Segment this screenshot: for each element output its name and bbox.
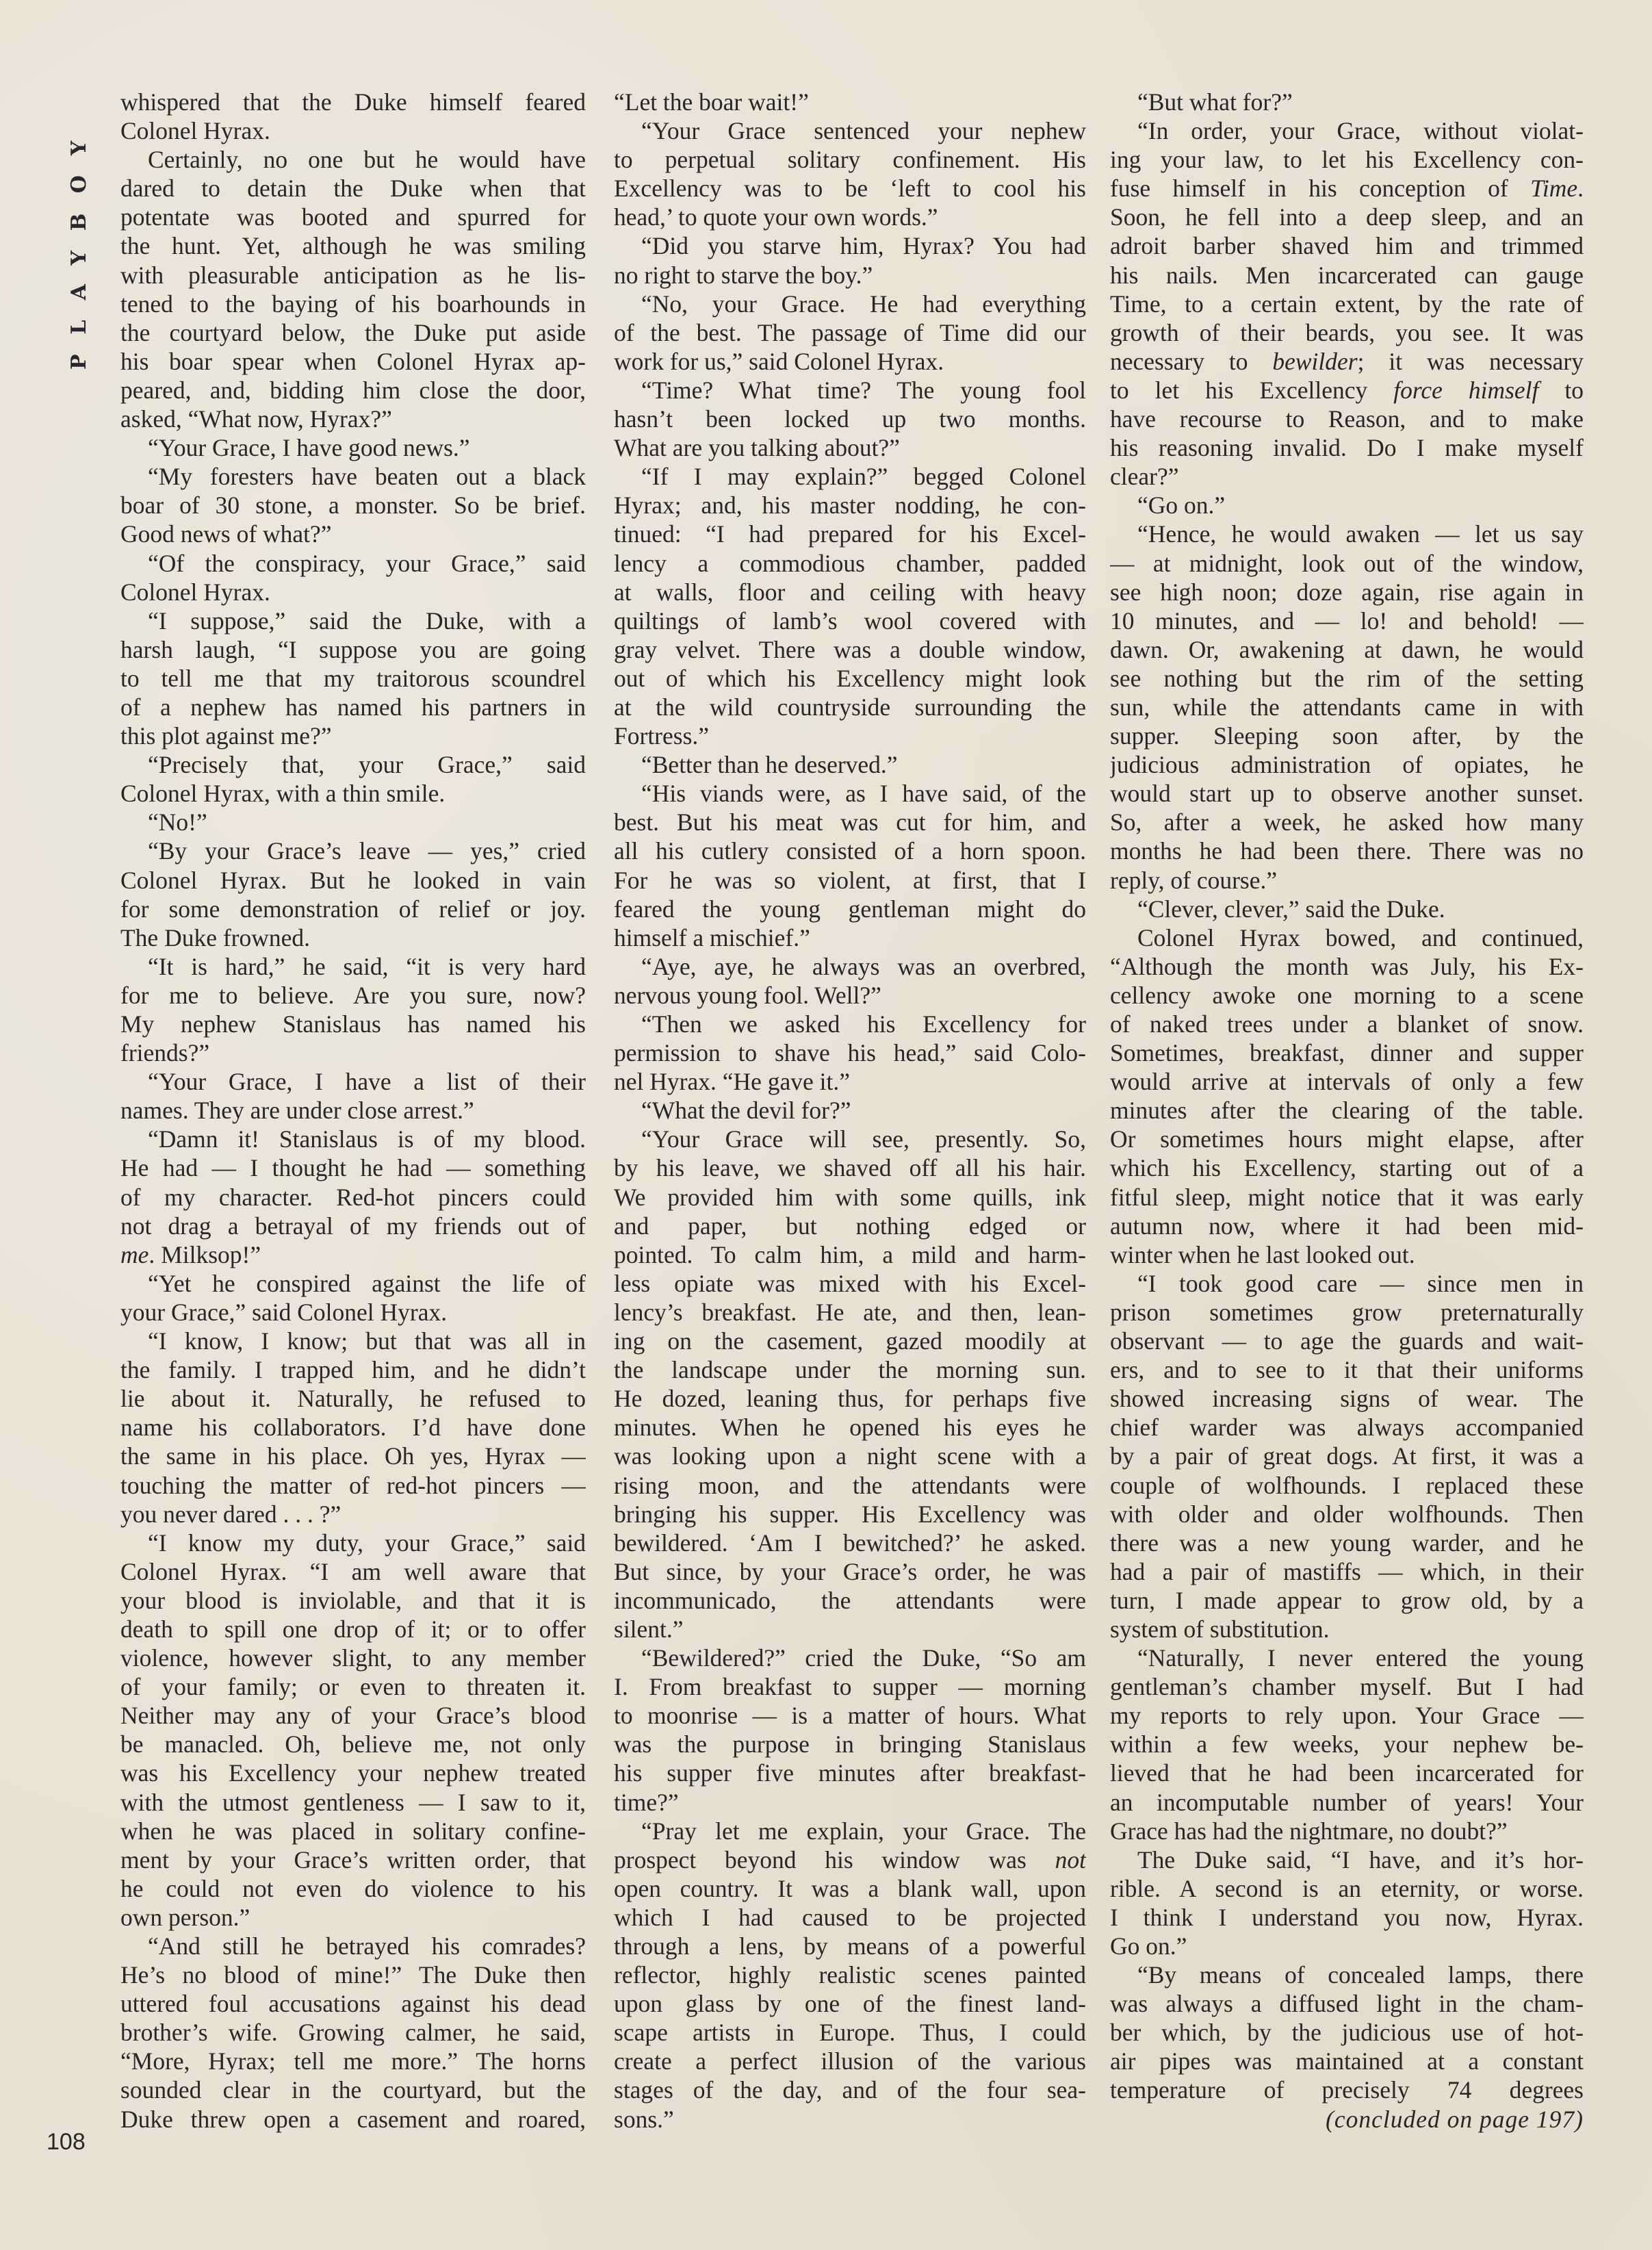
text-line: My nephew Stanislaus has named his <box>120 1010 586 1038</box>
text-line: “I took good care — since men in <box>1110 1269 1584 1298</box>
text-line: Soon, he fell into a deep sleep, and an <box>1110 203 1584 231</box>
text-line: for me to believe. Are you sure, now? <box>120 981 586 1010</box>
text-line: work for us,” said Colonel Hyrax. <box>614 347 1086 376</box>
text-line: minutes. When he opened his eyes he <box>614 1413 1086 1442</box>
text-line: your Grace,” said Colonel Hyrax. <box>120 1298 586 1327</box>
text-line: out of which his Excellency might look <box>614 664 1086 693</box>
text-line: temperature of precisely 74 degrees <box>1110 2075 1584 2104</box>
text-line: “Aye, aye, he always was an overbred, <box>614 952 1086 981</box>
text-line: the hunt. Yet, although he was smiling <box>120 231 586 260</box>
text-line: autumn now, where it had been mid- <box>1110 1212 1584 1240</box>
text-line: Certainly, no one but he would have <box>120 145 586 174</box>
text-line: reflector, highly realistic scenes paint… <box>614 1960 1086 1989</box>
text-line: nervous young fool. Well?” <box>614 981 1086 1010</box>
text-line: ment by your Grace’s written order, that <box>120 1845 586 1874</box>
text-line: of my character. Red-hot pincers could <box>120 1183 586 1212</box>
text-line: not drag a betrayal of my friends out of <box>120 1212 586 1240</box>
text-line: his reasoning invalid. Do I make myself <box>1110 433 1584 462</box>
text-line: observant — to age the guards and wait- <box>1110 1327 1584 1355</box>
text-line: less opiate was mixed with his Excel- <box>614 1269 1086 1298</box>
text-line: open country. It was a blank wall, upon <box>614 1874 1086 1903</box>
text-line: ing your law, to let his Excellency con- <box>1110 145 1584 174</box>
text-line: rising moon, and the attendants were <box>614 1471 1086 1500</box>
text-line: for some demonstration of relief or joy. <box>120 895 586 923</box>
text-line: Grace has had the nightmare, no doubt?” <box>1110 1817 1584 1845</box>
text-line: Good news of what?” <box>120 520 586 548</box>
text-line: best. But his meat was cut for him, and <box>614 808 1086 836</box>
text-line: “Naturally, I never entered the young <box>1110 1644 1584 1672</box>
text-line: I think I understand you now, Hyrax. <box>1110 1903 1584 1932</box>
text-line: He had — I thought he had — something <box>120 1153 586 1182</box>
text-line: stages of the day, and of the four sea- <box>614 2075 1086 2104</box>
text-line: showed increasing signs of wear. The <box>1110 1384 1584 1413</box>
playboy-masthead-vertical: PLAYBOY <box>42 96 70 370</box>
text-line: your blood is inviolable, and that it is <box>120 1586 586 1615</box>
text-line: his nails. Men incarcerated can gauge <box>1110 261 1584 290</box>
text-line: feared the young gentleman might do <box>614 895 1086 923</box>
text-line: “His viands were, as I have said, of the <box>614 779 1086 808</box>
text-line: of a nephew has named his partners in <box>120 693 586 721</box>
text-line: “Your Grace will see, presently. So, <box>614 1125 1086 1153</box>
text-line: the courtyard below, the Duke put aside <box>120 318 586 347</box>
article-column-3: “But what for?”“In order, your Grace, wi… <box>1110 88 1584 2134</box>
text-line: gray velvet. There was a double window, <box>614 635 1086 664</box>
text-line: had a pair of mastiffs — which, in their <box>1110 1557 1584 1586</box>
text-line: harsh laugh, “I suppose you are going <box>120 635 586 664</box>
text-line: quiltings of lamb’s wool covered with <box>614 606 1086 635</box>
text-line: peared, and, bidding him close the door, <box>120 376 586 405</box>
text-line: lency a commodious chamber, padded <box>614 549 1086 578</box>
text-line: We provided him with some quills, ink <box>614 1183 1086 1212</box>
text-line: prospect beyond his window was not <box>614 1845 1086 1874</box>
text-line: which I had caused to be projected <box>614 1903 1086 1932</box>
text-line: was his Excellency your nephew treated <box>120 1759 586 1787</box>
text-line: with pleasurable anticipation as he lis- <box>120 261 586 290</box>
article-column-1: whispered that the Duke himself fearedCo… <box>120 88 586 2134</box>
text-line: himself a mischief.” <box>614 923 1086 952</box>
text-line: no right to starve the boy.” <box>614 261 1086 290</box>
text-line: lieved that he had been incarcerated for <box>1110 1759 1584 1787</box>
text-line: air pipes was maintained at a constant <box>1110 2047 1584 2075</box>
text-line: me. Milksop!” <box>120 1240 586 1269</box>
text-line: winter when he last looked out. <box>1110 1240 1584 1269</box>
text-line: scape artists in Europe. Thus, I could <box>614 2018 1086 2047</box>
text-line: by his leave, we shaved off all his hair… <box>614 1153 1086 1182</box>
text-line: “Did you starve him, Hyrax? You had <box>614 231 1086 260</box>
text-line: “Then we asked his Excellency for <box>614 1010 1086 1038</box>
text-line: necessary to bewilder; it was necessary <box>1110 347 1584 376</box>
text-line: For he was so violent, at first, that I <box>614 866 1086 895</box>
text-line: “Bewildered?” cried the Duke, “So am <box>614 1644 1086 1672</box>
text-line: with the utmost gentleness — I saw to it… <box>120 1788 586 1817</box>
text-line: Time, to a certain extent, by the rate o… <box>1110 290 1584 318</box>
text-line: was always a diffused light in the cham- <box>1110 1989 1584 2018</box>
text-line: 10 minutes, and — lo! and behold! — <box>1110 606 1584 635</box>
text-line: whispered that the Duke himself feared <box>120 88 586 116</box>
text-line: adroit barber shaved him and trimmed <box>1110 231 1584 260</box>
text-line: his supper five minutes after breakfast- <box>614 1759 1086 1787</box>
text-line: ers, and to see to it that their uniform… <box>1110 1355 1584 1384</box>
text-line: “By means of concealed lamps, there <box>1110 1960 1584 1989</box>
text-line: “It is hard,” he said, “it is very hard <box>120 952 586 981</box>
text-line: his boar spear when Colonel Hyrax ap- <box>120 347 586 376</box>
text-line: have recourse to Reason, and to make <box>1110 405 1584 433</box>
text-line: of the best. The passage of Time did our <box>614 318 1086 347</box>
text-line: Neither may any of your Grace’s blood <box>120 1701 586 1730</box>
text-line: hasn’t been locked up two months. <box>614 405 1086 433</box>
text-line: all his cutlery consisted of a horn spoo… <box>614 836 1086 865</box>
text-line: Duke threw open a casement and roared, <box>120 2105 586 2134</box>
text-line: Colonel Hyrax bowed, and continued, <box>1110 923 1584 952</box>
text-line: “But what for?” <box>1110 88 1584 116</box>
text-line: Colonel Hyrax, with a thin smile. <box>120 779 586 808</box>
text-line: “Your Grace, I have a list of their <box>120 1067 586 1096</box>
text-line: supper. Sleeping soon after, by the <box>1110 721 1584 750</box>
text-line: an incomputable number of years! Your <box>1110 1788 1584 1817</box>
text-line: see nothing but the rim of the setting <box>1110 664 1584 693</box>
text-line: at the wild countryside surrounding the <box>614 693 1086 721</box>
text-line: with older and older wolfhounds. Then <box>1110 1500 1584 1529</box>
text-line: to let his Excellency force himself to <box>1110 376 1584 405</box>
text-line: which his Excellency, starting out of a <box>1110 1153 1584 1182</box>
text-line: rible. A second is an eternity, or worse… <box>1110 1874 1584 1903</box>
text-line: sounded clear in the courtyard, but the <box>120 2075 586 2104</box>
text-line: brother’s wife. Growing calmer, he said, <box>120 2018 586 2047</box>
text-line: “And still he betrayed his comrades? <box>120 1932 586 1960</box>
text-line: “I suppose,” said the Duke, with a <box>120 606 586 635</box>
text-line: “Go on.” <box>1110 491 1584 520</box>
text-line: system of substitution. <box>1110 1615 1584 1644</box>
text-line: lie about it. Naturally, he refused to <box>120 1384 586 1413</box>
text-line: “Of the conspiracy, your Grace,” said <box>120 549 586 578</box>
text-line: name his collaborators. I’d have done <box>120 1413 586 1442</box>
text-line: own person.” <box>120 1903 586 1932</box>
text-line: this plot against me?” <box>120 721 586 750</box>
text-line: would start up to observe another sunset… <box>1110 779 1584 808</box>
text-line: The Duke frowned. <box>120 923 586 952</box>
text-line: “Hence, he would awaken — let us say <box>1110 520 1584 548</box>
text-line: time?” <box>614 1788 1086 1817</box>
text-line: tened to the baying of his boarhounds in <box>120 290 586 318</box>
text-line: “Damn it! Stanislaus is of my blood. <box>120 1125 586 1153</box>
text-line: But since, by your Grace’s order, he was <box>614 1557 1086 1586</box>
text-line: growth of their beards, you see. It was <box>1110 318 1584 347</box>
text-line: see high noon; doze again, rise again in <box>1110 578 1584 606</box>
text-line: “Your Grace sentenced your nephew <box>614 116 1086 145</box>
text-line: of your family; or even to threaten it. <box>120 1672 586 1701</box>
text-line: create a perfect illusion of the various <box>614 2047 1086 2075</box>
text-line: “No, your Grace. He had everything <box>614 290 1086 318</box>
text-line: “In order, your Grace, without violat- <box>1110 116 1584 145</box>
text-line: was the purpose in bringing Stanislaus <box>614 1730 1086 1759</box>
text-line: you never dared . . . ?” <box>120 1500 586 1529</box>
text-line: within a few weeks, your nephew be- <box>1110 1730 1584 1759</box>
text-line: “Time? What time? The young fool <box>614 376 1086 405</box>
text-line: I. From breakfast to supper — morning <box>614 1672 1086 1701</box>
text-line: “I know my duty, your Grace,” said <box>120 1529 586 1557</box>
text-line: “If I may explain?” begged Colonel <box>614 462 1086 491</box>
text-line: tinued: “I had prepared for his Excel- <box>614 520 1086 548</box>
text-line: of naked trees under a blanket of snow. <box>1110 1010 1584 1038</box>
text-line: my reports to rely upon. Your Grace — <box>1110 1701 1584 1730</box>
text-line: through a lens, by means of a powerful <box>614 1932 1086 1960</box>
text-line: minutes after the clearing of the table. <box>1110 1096 1584 1125</box>
text-line: when he was placed in solitary confine- <box>120 1817 586 1845</box>
text-line: “Precisely that, your Grace,” said <box>120 750 586 779</box>
text-line: chief warder was always accompanied <box>1110 1413 1584 1442</box>
text-line: the same in his place. Oh yes, Hyrax — <box>120 1442 586 1470</box>
text-line: “By your Grace’s leave — yes,” cried <box>120 836 586 865</box>
text-line: The Duke said, “I have, and it’s hor- <box>1110 1845 1584 1874</box>
text-line: judicious administration of opiates, he <box>1110 750 1584 779</box>
text-line: ing on the casement, gazed moodily at <box>614 1327 1086 1355</box>
text-line: and paper, but nothing edged or <box>614 1212 1086 1240</box>
text-line: Colonel Hyrax. <box>120 578 586 606</box>
text-line: would arrive at intervals of only a few <box>1110 1067 1584 1096</box>
text-line: bewildered. ‘Am I bewitched?’ he asked. <box>614 1529 1086 1557</box>
continuation-note: (concluded on page 197) <box>1110 2105 1584 2134</box>
text-line: Go on.” <box>1110 1932 1584 1960</box>
article-column-2: “Let the boar wait!”“Your Grace sentence… <box>614 88 1086 2134</box>
text-line: ber which, by the judicious use of hot- <box>1110 2018 1584 2047</box>
text-line: uttered foul accusations against his dea… <box>120 1989 586 2018</box>
text-line: lency’s breakfast. He ate, and then, lea… <box>614 1298 1086 1327</box>
text-line: “No!” <box>120 808 586 836</box>
text-line: by a pair of great dogs. At first, it wa… <box>1110 1442 1584 1470</box>
masthead-label: PLAYBOY <box>67 121 91 370</box>
text-line: violence, however slight, to any member <box>120 1644 586 1672</box>
text-line: sons.” <box>614 2105 1086 2134</box>
page-number: 108 <box>47 2129 86 2156</box>
text-line: there was a new young warder, and he <box>1110 1529 1584 1557</box>
text-line: Or sometimes hours might elapse, after <box>1110 1125 1584 1153</box>
text-line: friends?” <box>120 1038 586 1067</box>
text-line: “Your Grace, I have good news.” <box>120 433 586 462</box>
text-line: touching the matter of red-hot pincers — <box>120 1471 586 1500</box>
text-line: sun, while the attendants came in with <box>1110 693 1584 721</box>
text-line: clear?” <box>1110 462 1584 491</box>
text-line: to tell me that my traitorous scoundrel <box>120 664 586 693</box>
text-line: was looking upon a night scene with a <box>614 1442 1086 1470</box>
text-line: couple of wolfhounds. I replaced these <box>1110 1471 1584 1500</box>
text-line: “My foresters have beaten out a black <box>120 462 586 491</box>
text-line: “Yet he conspired against the life of <box>120 1269 586 1298</box>
text-line: the family. I trapped him, and he didn’t <box>120 1355 586 1384</box>
text-line: Sometimes, breakfast, dinner and supper <box>1110 1038 1584 1067</box>
text-line: at walls, floor and ceiling with heavy <box>614 578 1086 606</box>
text-line: head,’ to quote your own words.” <box>614 203 1086 231</box>
text-line: dawn. Or, awakening at dawn, he would <box>1110 635 1584 664</box>
text-line: Fortress.” <box>614 721 1086 750</box>
text-line: dared to detain the Duke when that <box>120 174 586 203</box>
text-line: names. They are under close arrest.” <box>120 1096 586 1125</box>
text-line: prison sometimes grow preternaturally <box>1110 1298 1584 1327</box>
text-line: fuse himself in his conception of Time. <box>1110 174 1584 203</box>
text-line: he could not even do violence to his <box>120 1874 586 1903</box>
text-line: — at midnight, look out of the window, <box>1110 549 1584 578</box>
text-line: “Although the month was July, his Ex- <box>1110 952 1584 981</box>
text-line: the landscape under the morning sun. <box>614 1355 1086 1384</box>
text-line: He’s no blood of mine!” The Duke then <box>120 1960 586 1989</box>
text-line: silent.” <box>614 1615 1086 1644</box>
text-line: Hyrax; and, his master nodding, he con- <box>614 491 1086 520</box>
text-line: What are you talking about?” <box>614 433 1086 462</box>
text-line: Colonel Hyrax. But he looked in vain <box>120 866 586 895</box>
text-line: Excellency was to be ‘left to cool his <box>614 174 1086 203</box>
text-line: permission to shave his head,” said Colo… <box>614 1038 1086 1067</box>
text-line: “I know, I know; but that was all in <box>120 1327 586 1355</box>
text-line: nel Hyrax. “He gave it.” <box>614 1067 1086 1096</box>
text-line: He dozed, leaning thus, for perhaps five <box>614 1384 1086 1413</box>
text-line: months he had been there. There was no <box>1110 836 1584 865</box>
text-line: reply, of course.” <box>1110 866 1584 895</box>
text-line: pointed. To calm him, a mild and harm- <box>614 1240 1086 1269</box>
text-line: fitful sleep, might notice that it was e… <box>1110 1183 1584 1212</box>
text-line: potentate was booted and spurred for <box>120 203 586 231</box>
text-line: to moonrise — is a matter of hours. What <box>614 1701 1086 1730</box>
text-line: turn, I made appear to grow old, by a <box>1110 1586 1584 1615</box>
text-line: Colonel Hyrax. “I am well aware that <box>120 1557 586 1586</box>
text-line: boar of 30 stone, a monster. So be brief… <box>120 491 586 520</box>
text-line: to perpetual solitary confinement. His <box>614 145 1086 174</box>
text-line: gentleman’s chamber myself. But I had <box>1110 1672 1584 1701</box>
text-line: be manacled. Oh, believe me, not only <box>120 1730 586 1759</box>
text-line: “Pray let me explain, your Grace. The <box>614 1817 1086 1845</box>
text-line: upon glass by one of the finest land- <box>614 1989 1086 2018</box>
text-line: “What the devil for?” <box>614 1096 1086 1125</box>
text-line: “Clever, clever,” said the Duke. <box>1110 895 1584 923</box>
text-line: So, after a week, he asked how many <box>1110 808 1584 836</box>
text-line: bringing his supper. His Excellency was <box>614 1500 1086 1529</box>
text-line: “More, Hyrax; tell me more.” The horns <box>120 2047 586 2075</box>
text-line: Colonel Hyrax. <box>120 116 586 145</box>
text-line: cellency awoke one morning to a scene <box>1110 981 1584 1010</box>
text-line: “Better than he deserved.” <box>614 750 1086 779</box>
text-line: asked, “What now, Hyrax?” <box>120 405 586 433</box>
text-line: death to spill one drop of it; or to off… <box>120 1615 586 1644</box>
text-line: “Let the boar wait!” <box>614 88 1086 116</box>
text-line: incommunicado, the attendants were <box>614 1586 1086 1615</box>
